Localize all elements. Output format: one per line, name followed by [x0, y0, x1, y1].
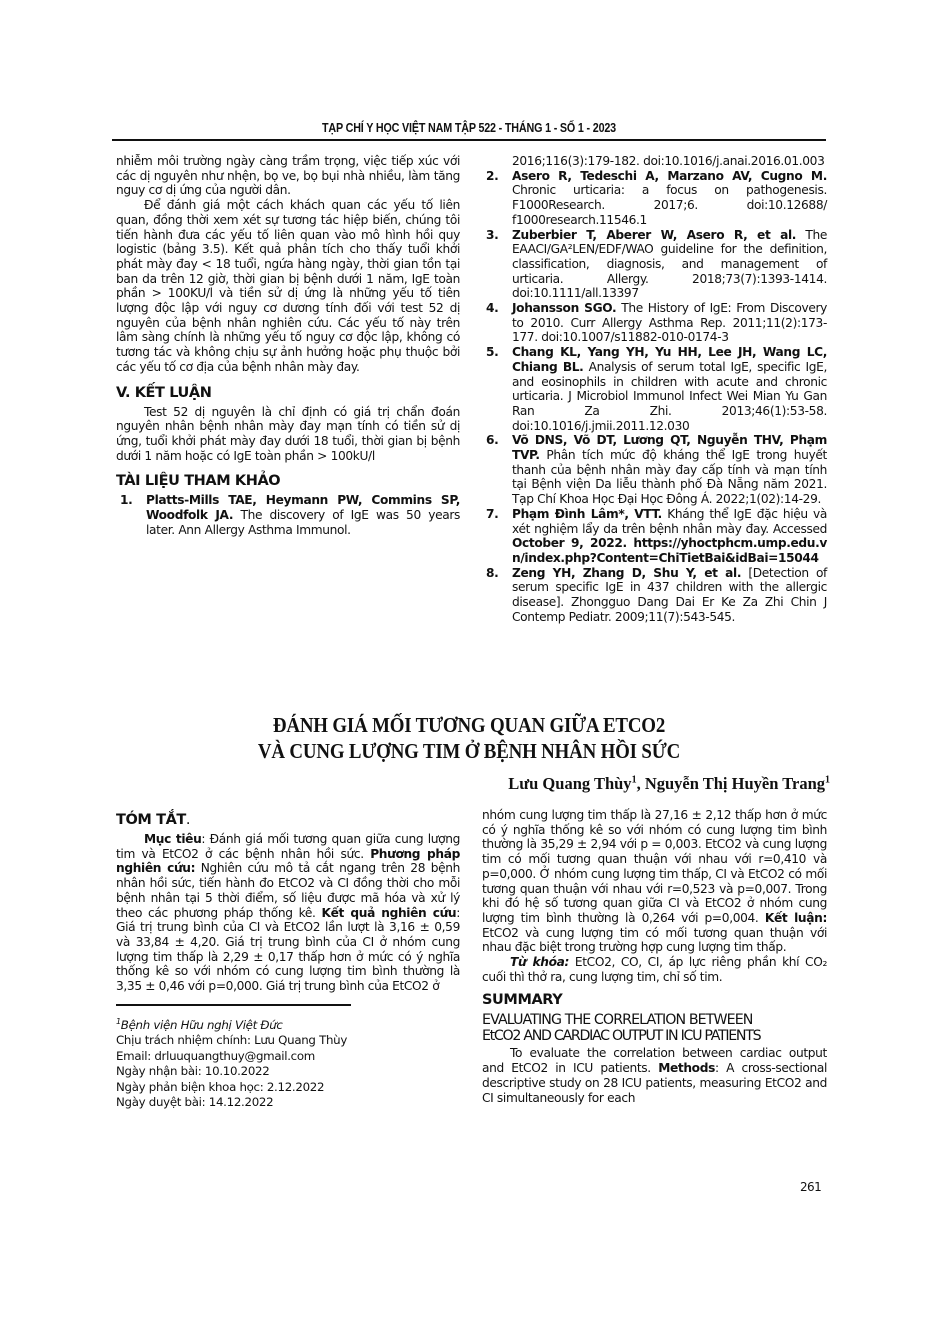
abstract-paragraph: Mục tiêu: Đánh giá mối tương quan giữa c… [116, 832, 460, 994]
reference-number: 6. [486, 433, 498, 448]
reference-item: 3.Zuberbier T, Aberer W, Asero R, et al.… [482, 228, 827, 302]
reference-number: 1. [120, 493, 132, 508]
reference-authors: Johansson SGO. [512, 301, 616, 315]
reference-number: 3. [486, 228, 498, 243]
accepted-date: Ngày duyệt bài: 14.12.2022 [116, 1095, 460, 1111]
summary-title-line: EVALUATING THE CORRELATION BETWEEN [482, 1012, 827, 1028]
reference-url-link[interactable]: October 9, 2022. https://yhoctphcm.ump.e… [512, 536, 827, 565]
body-paragraph: Để đánh giá một cách khách quan các yếu … [116, 198, 460, 374]
reference-number: 8. [486, 566, 498, 581]
author-name: Nguyễn Thị Huyền Trang [645, 774, 825, 793]
abstract-right-column: nhóm cung lượng tim thấp là 27,16 ± 2,12… [482, 808, 827, 1105]
reference-number: 4. [486, 301, 498, 316]
section-heading-conclusion: V. KẾT LUẬN [116, 385, 460, 402]
body-paragraph: nhiễm môi trường ngày càng trầm trọng, v… [116, 154, 460, 198]
author-name: Lưu Quang Thùy [508, 774, 631, 793]
summary-title-line: EtCO2 AND CARDIAC OUTPUT IN ICU PATIENTS [482, 1028, 827, 1044]
received-date: Ngày nhận bài: 10.10.2022 [116, 1064, 460, 1080]
reference-authors: Zeng YH, Zhang D, Shu Y, et al. [512, 566, 741, 580]
reference-item: 4.Johansson SGO. The History of IgE: Fro… [482, 301, 827, 345]
reference-item: 2.Asero R, Tedeschi A, Marzano AV, Cugno… [482, 169, 827, 228]
affiliation-marker: 1 [825, 775, 830, 786]
reference-item: 1.Platts-Mills TAE, Heymann PW, Commins … [116, 493, 460, 537]
article-title-line: ĐÁNH GIÁ MỐI TƯƠNG QUAN GIỮA ETCO2 [148, 712, 791, 738]
summary-paragraph: To evaluate the correlation between card… [482, 1046, 827, 1105]
reviewed-date: Ngày phản biện khoa học: 2.12.2022 [116, 1080, 460, 1096]
summary-title: EVALUATING THE CORRELATION BETWEEN EtCO2… [482, 1012, 827, 1044]
reference-text: Phân tích mức độ kháng thể IgE trong huy… [512, 448, 827, 506]
abstract-heading: TÓM TẮT. [116, 812, 460, 829]
author-list: Lưu Quang Thùy1, Nguyễn Thị Huyền Trang1 [508, 774, 830, 794]
reference-authors: Phạm Đình Lâm*, VTT. [512, 507, 662, 521]
reference-item: 8.Zeng YH, Zhang D, Shu Y, et al. [Detec… [482, 566, 827, 625]
section-heading-references: TÀI LIỆU THAM KHẢO [116, 473, 460, 490]
label-keywords: Từ khóa: [510, 955, 569, 969]
journal-page: TẠP CHÍ Y HỌC VIỆT NAM TẬP 522 - THÁNG 1… [0, 0, 942, 1333]
reference-item-continued: 2016;116(3):179-182. doi:10.1016/j.anai.… [482, 154, 827, 169]
reference-number: 7. [486, 507, 498, 522]
reference-text: Chronic urticaria: a focus on pathogenes… [512, 183, 827, 226]
header-rule [112, 139, 826, 141]
footnote-rule [116, 1004, 351, 1006]
reference-text: 2016;116(3):179-182. doi:10.1016/j.anai.… [512, 154, 824, 168]
reference-authors: Asero R, Tedeschi A, Marzano AV, Cugno M… [512, 169, 827, 183]
reference-list-continued: 2016;116(3):179-182. doi:10.1016/j.anai.… [482, 154, 827, 625]
conclusion-text: EtCO2 và cung lượng tim có mối tương qua… [482, 926, 827, 955]
prev-article-left-column: nhiễm môi trường ngày càng trầm trọng, v… [116, 154, 460, 537]
label-conclusion: Kết luận: [765, 911, 827, 925]
abstract-heading-text: TÓM TẮT [116, 812, 186, 828]
prev-article-right-column: 2016;116(3):179-182. doi:10.1016/j.anai.… [482, 154, 827, 625]
reference-number: 5. [486, 345, 498, 360]
abstract-heading-dot: . [186, 812, 190, 828]
running-head: TẠP CHÍ Y HỌC VIỆT NAM TẬP 522 - THÁNG 1… [162, 121, 776, 135]
label-methods-en: Methods [658, 1061, 715, 1075]
label-results: Kết quả nghiên cứu [322, 906, 457, 920]
affiliation-footnote: 1Bệnh viện Hữu nghị Việt Đức [116, 1014, 460, 1033]
reference-item: 7.Phạm Đình Lâm*, VTT. Kháng thể IgE đặc… [482, 507, 827, 566]
page-number: 261 [800, 1180, 821, 1194]
footnotes: 1Bệnh viện Hữu nghị Việt Đức Chịu trách … [116, 1014, 460, 1111]
email-line[interactable]: Email: drluuquangthuy@gmail.com [116, 1049, 460, 1065]
reference-item: 5.Chang KL, Yang YH, Yu HH, Lee JH, Wang… [482, 345, 827, 433]
abstract-paragraph-continued: nhóm cung lượng tim thấp là 27,16 ± 2,12… [482, 808, 827, 955]
author-separator: , [637, 774, 645, 793]
reference-list: 1.Platts-Mills TAE, Heymann PW, Commins … [116, 493, 460, 537]
keywords-paragraph: Từ khóa: EtCO2, CO, CI, áp lực riêng phầ… [482, 955, 827, 984]
label-objective: Mục tiêu [144, 832, 201, 846]
conclusion-paragraph: Test 52 dị nguyên là chỉ định có giá trị… [116, 405, 460, 464]
reference-number: 2. [486, 169, 498, 184]
article-title: ĐÁNH GIÁ MỐI TƯƠNG QUAN GIỮA ETCO2 VÀ CU… [148, 712, 791, 764]
abstract-left-column: TÓM TẮT. Mục tiêu: Đánh giá mối tương qu… [116, 808, 460, 1111]
corresponding-author: Chịu trách nhiệm chính: Lưu Quang Thùy [116, 1033, 460, 1049]
reference-item: 6.Võ DNS, Võ DT, Lương QT, Nguyễn THV, P… [482, 433, 827, 507]
article-title-line: VÀ CUNG LƯỢNG TIM Ở BỆNH NHÂN HỒI SỨC [148, 738, 791, 764]
reference-authors: Zuberbier T, Aberer W, Asero R, et al. [512, 228, 796, 242]
results-text-continued: nhóm cung lượng tim thấp là 27,16 ± 2,12… [482, 808, 827, 925]
summary-heading: SUMMARY [482, 992, 827, 1009]
affiliation-text: Bệnh viện Hữu nghị Việt Đức [121, 1018, 283, 1032]
